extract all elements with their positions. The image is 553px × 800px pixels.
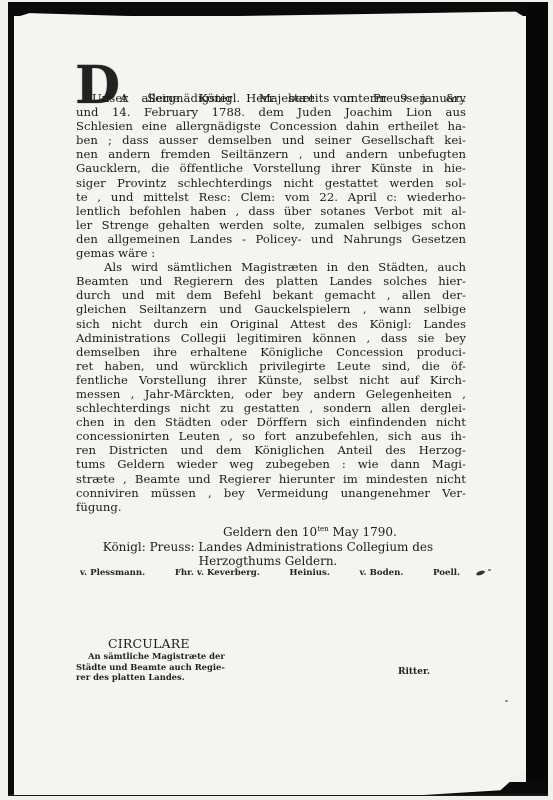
authority-line: Herzogthums Geldern.: [88, 554, 448, 568]
text-line: durch und mit dem Befehl bekant gemacht …: [76, 288, 466, 302]
place-date: Geldern den 10ten May 1790.: [223, 525, 397, 539]
signatories: v. Plessmann. Fhr. v. Keverberg. Heinius…: [80, 568, 460, 578]
signatory: Heinius.: [289, 568, 329, 578]
text-line: ret haben, und würcklich privilegirte Le…: [76, 359, 466, 373]
text-line: stræte , Beamte und Regierer hierunter i…: [76, 472, 466, 486]
text-line: te , und mittelst Resc: Clem: vom 22. Ap…: [76, 190, 466, 204]
authority-line: Königl: Preuss: Landes Administrations C…: [88, 540, 448, 554]
scan-border-right: [526, 4, 548, 796]
scanned-document: D A Seine Königl. Majestæt von Preussen …: [0, 0, 553, 800]
text-line: ben ; dass ausser demselben und seiner G…: [76, 133, 466, 147]
text-line: concessionirten Leuten , so fort anzubef…: [76, 429, 466, 443]
text-line: gemas wäre :: [76, 246, 466, 260]
scan-border-left: [8, 4, 14, 796]
text-line: schlechterdings nicht zu gestatten , son…: [76, 401, 466, 415]
circulare-address: An sämtliche Magistræte der Städte und B…: [76, 651, 246, 683]
address-line: rer des platten Landes.: [76, 672, 246, 683]
text-line: fentliche Vorstellung ihrer Künste, selb…: [76, 373, 466, 387]
signatory: Poell.: [433, 568, 460, 578]
issuing-authority: Königl: Preuss: Landes Administrations C…: [88, 540, 448, 568]
date-rest: May 1790.: [329, 525, 397, 539]
text-line: conniviren müssen , bey Vermeidung unang…: [76, 486, 466, 500]
text-line: siger Provintz schlechterdings nicht ges…: [76, 176, 466, 190]
address-line: Städte und Beamte auch Regie-: [76, 662, 246, 673]
text-line: tums Geldern wieder weg zubegeben : wie …: [76, 457, 466, 471]
text-line: Schlesien eine allergnädigste Concession…: [76, 119, 466, 133]
text-line: lentlich befohlen haben , dass über sota…: [76, 204, 466, 218]
text-line: messen , Jahr-Märckten, oder bey andern …: [76, 387, 466, 401]
text-line: Beamten und Regierern des platten Landes…: [76, 274, 466, 288]
text-line: Unser allergnädigster Herr bereits unter…: [76, 91, 466, 105]
signatory: v. Plessmann.: [80, 568, 145, 578]
ink-speck: [488, 569, 491, 571]
text-line: chen in den Städten oder Dörffern sich e…: [76, 415, 466, 429]
signatory: v. Boden.: [360, 568, 404, 578]
date-ordinal: ten: [317, 525, 328, 533]
date-place: Geldern den 10: [223, 525, 317, 539]
text-line: und 14. February 1788. dem Juden Joachim…: [76, 105, 466, 119]
text-line: demselben ihre erhaltene Königliche Conc…: [76, 345, 466, 359]
text-line: nen andern fremden Seiltänzern , und and…: [76, 147, 466, 161]
text-line: ren Districten und dem Königlichen Antei…: [76, 443, 466, 457]
circulare-heading: CIRCULARE: [108, 636, 190, 651]
address-line: An sämtliche Magistræte der: [76, 651, 246, 662]
text-line: sich nicht durch ein Original Attest des…: [76, 317, 466, 331]
text-line: Als wird sämtlichen Magistræten in den S…: [76, 260, 466, 274]
clerk-signature: Ritter.: [398, 667, 430, 677]
text-line: ler Strenge gehalten werden solte, zumal…: [76, 218, 466, 232]
ink-speck: [505, 700, 508, 702]
signatory: Fhr. v. Keverberg.: [175, 568, 260, 578]
text-line: gleichen Seiltanzern und Gauckelspielern…: [76, 302, 466, 316]
text-line: Gaucklern, die öffentliche Vorstellung i…: [76, 161, 466, 175]
decree-body: Unser allergnädigster Herr bereits unter…: [76, 91, 466, 514]
text-line: fügung.: [76, 500, 466, 514]
text-line: den allgemeinen Landes - Policey- und Na…: [76, 232, 466, 246]
text-line: Administrations Collegii legitimiren kön…: [76, 331, 466, 345]
